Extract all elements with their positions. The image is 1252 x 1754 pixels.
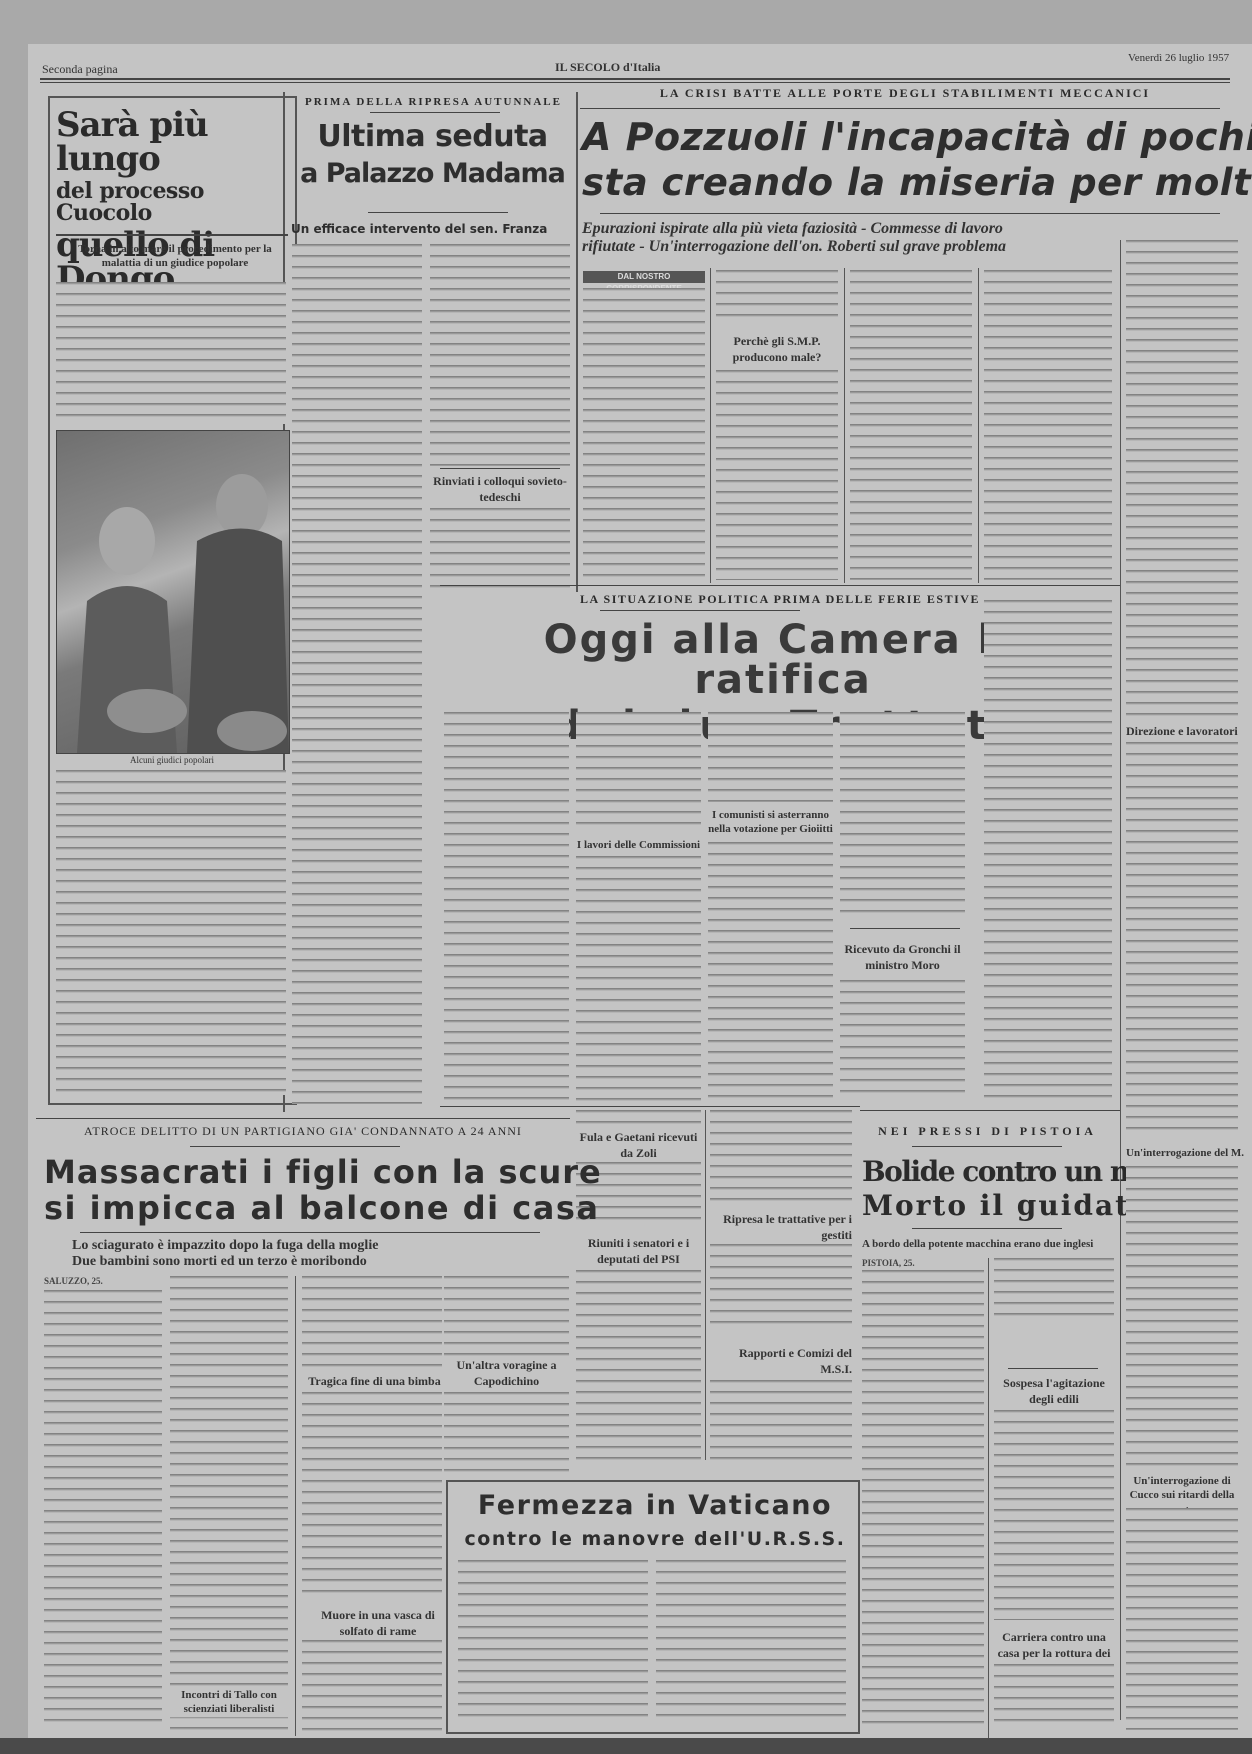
pozzuoli-kicker: LA CRISI BATTE ALLE PORTE DEGLI STABILIM…: [590, 86, 1220, 101]
trattati-body-col2b: [576, 856, 701, 1101]
massacrati-body-col1: [44, 1290, 162, 1730]
pistoia-dateline: PISTOIA, 25.: [862, 1258, 915, 1268]
palazzo-deck: Un efficace intervento del sen. Franza: [291, 222, 576, 236]
column-rule: [705, 1110, 706, 1460]
column-rule: [844, 268, 845, 583]
pistoia-body-col2a: [994, 1258, 1114, 1320]
right-subhead-interrogazione: Un'interrogazione del M.: [1126, 1146, 1246, 1160]
trattati-body-col4b: [840, 980, 965, 1100]
headline-rule: [56, 234, 288, 236]
vaticano-subheadline: contro le manovre dell'U.R.S.S.: [455, 1530, 855, 1549]
pozzuoli-body-col4: [984, 270, 1112, 580]
massacrati-body-col3c: [302, 1640, 442, 1736]
palazzo-headline: Ultima seduta a Palazzo Madama: [290, 122, 575, 187]
trattati-subhead-msi: Rapporti e Comizi del M.S.I.: [710, 1346, 852, 1377]
kicker-rule: [912, 1146, 1062, 1147]
pozzuoli-headline: A Pozzuoli l'incapacità di pochi sta cre…: [582, 118, 1242, 201]
pistoia-kicker: NEI PRESSI DI PISTOIA: [860, 1124, 1115, 1139]
section-rule: [860, 1110, 1120, 1111]
page-label: Seconda pagina: [42, 62, 118, 77]
pozzuoli-subhead: Perchè gli S.M.P. producono male?: [716, 334, 838, 365]
right-column-body-lower: [1126, 1166, 1238, 1468]
massacrati-subhead-vasca: Muore in una vasca di solfato di rame: [318, 1608, 438, 1639]
headline-rule: [600, 213, 1220, 214]
col3-lower-body: [710, 1110, 852, 1208]
massacrati-deck: Lo sciagurato è impazzito dopo la fuga d…: [72, 1238, 542, 1270]
scan-bottom-edge: [0, 1738, 1252, 1754]
subhead-rule: [850, 928, 960, 929]
trattati-body-col4a: [840, 712, 965, 917]
massacrati-subhead-tallo: Incontri di Tallo con scienziati liberal…: [170, 1688, 288, 1717]
col5-body: [984, 600, 1112, 1100]
pozzuoli-body-col2a: [716, 270, 838, 322]
kicker-rule: [600, 610, 800, 611]
column-rule: [988, 1258, 989, 1738]
trattati-subhead-commissioni: I lavori delle Commissioni: [576, 838, 701, 852]
msi-body: [710, 1380, 852, 1460]
vaticano-headline: Fermezza in Vaticano: [455, 1492, 855, 1519]
kicker-rule: [370, 112, 500, 113]
trattati-body-col3a: [708, 712, 833, 802]
psi-body: [576, 1270, 701, 1460]
dongo-photo: [56, 430, 290, 754]
palazzo-kicker: PRIMA DELLA RIPRESA AUTUNNALE: [296, 96, 571, 108]
palazzo-body-col2: [430, 244, 570, 466]
pozzuoli-byline-box: DAL NOSTRO CORRISPONDENTE: [583, 271, 705, 283]
massacrati-body-col3a: [302, 1276, 442, 1368]
masthead-rule-thin: [40, 82, 1230, 83]
massacrati-subhead-voragine: Un'altra voragine a Capodichino: [444, 1358, 569, 1389]
column-rule: [295, 1276, 296, 1736]
subhead-rule: [1008, 1368, 1098, 1369]
kicker-rule: [580, 108, 1220, 109]
pozzuoli-body-col1: [583, 288, 705, 578]
headline-rule: [912, 1228, 1062, 1229]
palazzo-body-col2b: [430, 508, 570, 588]
column-rule: [978, 268, 979, 583]
pistoia-body-col2c: [994, 1664, 1114, 1730]
palazzo-subhead: Rinviati i colloqui sovieto-tedeschi: [430, 474, 570, 505]
dongo-deck: Torna in alto mare il procedimento per l…: [70, 242, 280, 271]
palazzo-body-col1: [292, 244, 422, 1104]
vaticano-body-col2: [656, 1560, 846, 1722]
right-subhead-direzione: Direzione e lavoratori: [1126, 724, 1238, 740]
column-rule: [576, 92, 578, 592]
trattati-body-col3b: [708, 842, 833, 1104]
massacrati-subhead-bimba: Tragica fine di una bimba: [302, 1374, 447, 1390]
pistoia-body-col2b: [994, 1410, 1114, 1620]
headline-rule: [368, 212, 508, 213]
massacrati-dateline: SALUZZO, 25.: [44, 1276, 103, 1286]
section-rule: [440, 1106, 860, 1107]
dongo-body-top: [56, 282, 286, 424]
pistoia-body-col1: [862, 1270, 984, 1730]
kicker-rule: [190, 1146, 400, 1147]
voragine-body: [444, 1392, 569, 1472]
paper-name: IL SECOLO d'Italia: [555, 60, 660, 75]
massacrati-headline: Massacrati i figli con la scure si impic…: [44, 1156, 574, 1224]
pistoia-headline: Bolide contro un muro Morto il guidatore: [862, 1158, 1122, 1220]
headline-rule: [80, 1232, 540, 1233]
fula-body-pre: [576, 1110, 701, 1128]
right-column-body-top: [1126, 240, 1238, 720]
massacrati-body-col2: [170, 1276, 288, 1730]
section-rule: [440, 585, 1120, 586]
trattati-body-col1: [444, 712, 569, 1102]
dongo-body-bottom: [56, 770, 286, 1095]
pistoia-subhead-edili: Sospesa l'agitazione degli edili: [994, 1376, 1114, 1407]
pozzuoli-body-col2b: [716, 370, 838, 580]
subhead-rule: [440, 468, 560, 469]
issue-date: Venerdì 26 luglio 1957: [1128, 52, 1229, 64]
right-column-body-bottom: [1126, 1508, 1238, 1730]
pozzuoli-body-col3: [850, 270, 972, 580]
pistoia-deck: A bordo della potente macchina erano due…: [862, 1238, 1120, 1250]
section-rule: [36, 1118, 570, 1119]
trattati-subhead-comunisti: I comunisti si asterranno nella votazion…: [708, 808, 833, 837]
gestiti-body: [710, 1244, 852, 1330]
dongo-photo-caption: Alcuni giudici popolari: [56, 755, 288, 765]
column-rule: [1120, 240, 1121, 1720]
trattati-subhead-gronchi: Ricevuto da Gronchi il ministro Moro: [840, 942, 965, 973]
massacrati-body-col3b: [302, 1392, 442, 1600]
photo-two-men-icon: [57, 431, 289, 753]
masthead-rule: [40, 78, 1230, 80]
trattati-body-col2a: [576, 712, 701, 832]
column-rule: [710, 268, 711, 583]
vaticano-body-col1: [458, 1560, 648, 1722]
massacrati-kicker: ATROCE DELITTO DI UN PARTIGIANO GIA' CON…: [36, 1124, 570, 1139]
right-column-body-mid: [1126, 742, 1238, 1137]
trattati-subhead-gestiti: Ripresa le trattative per i gestiti: [710, 1212, 852, 1243]
col1-lower-body: [444, 1276, 569, 1356]
trattati-subhead-psi: Riuniti i senatori e i deputati del PSI: [576, 1236, 701, 1267]
